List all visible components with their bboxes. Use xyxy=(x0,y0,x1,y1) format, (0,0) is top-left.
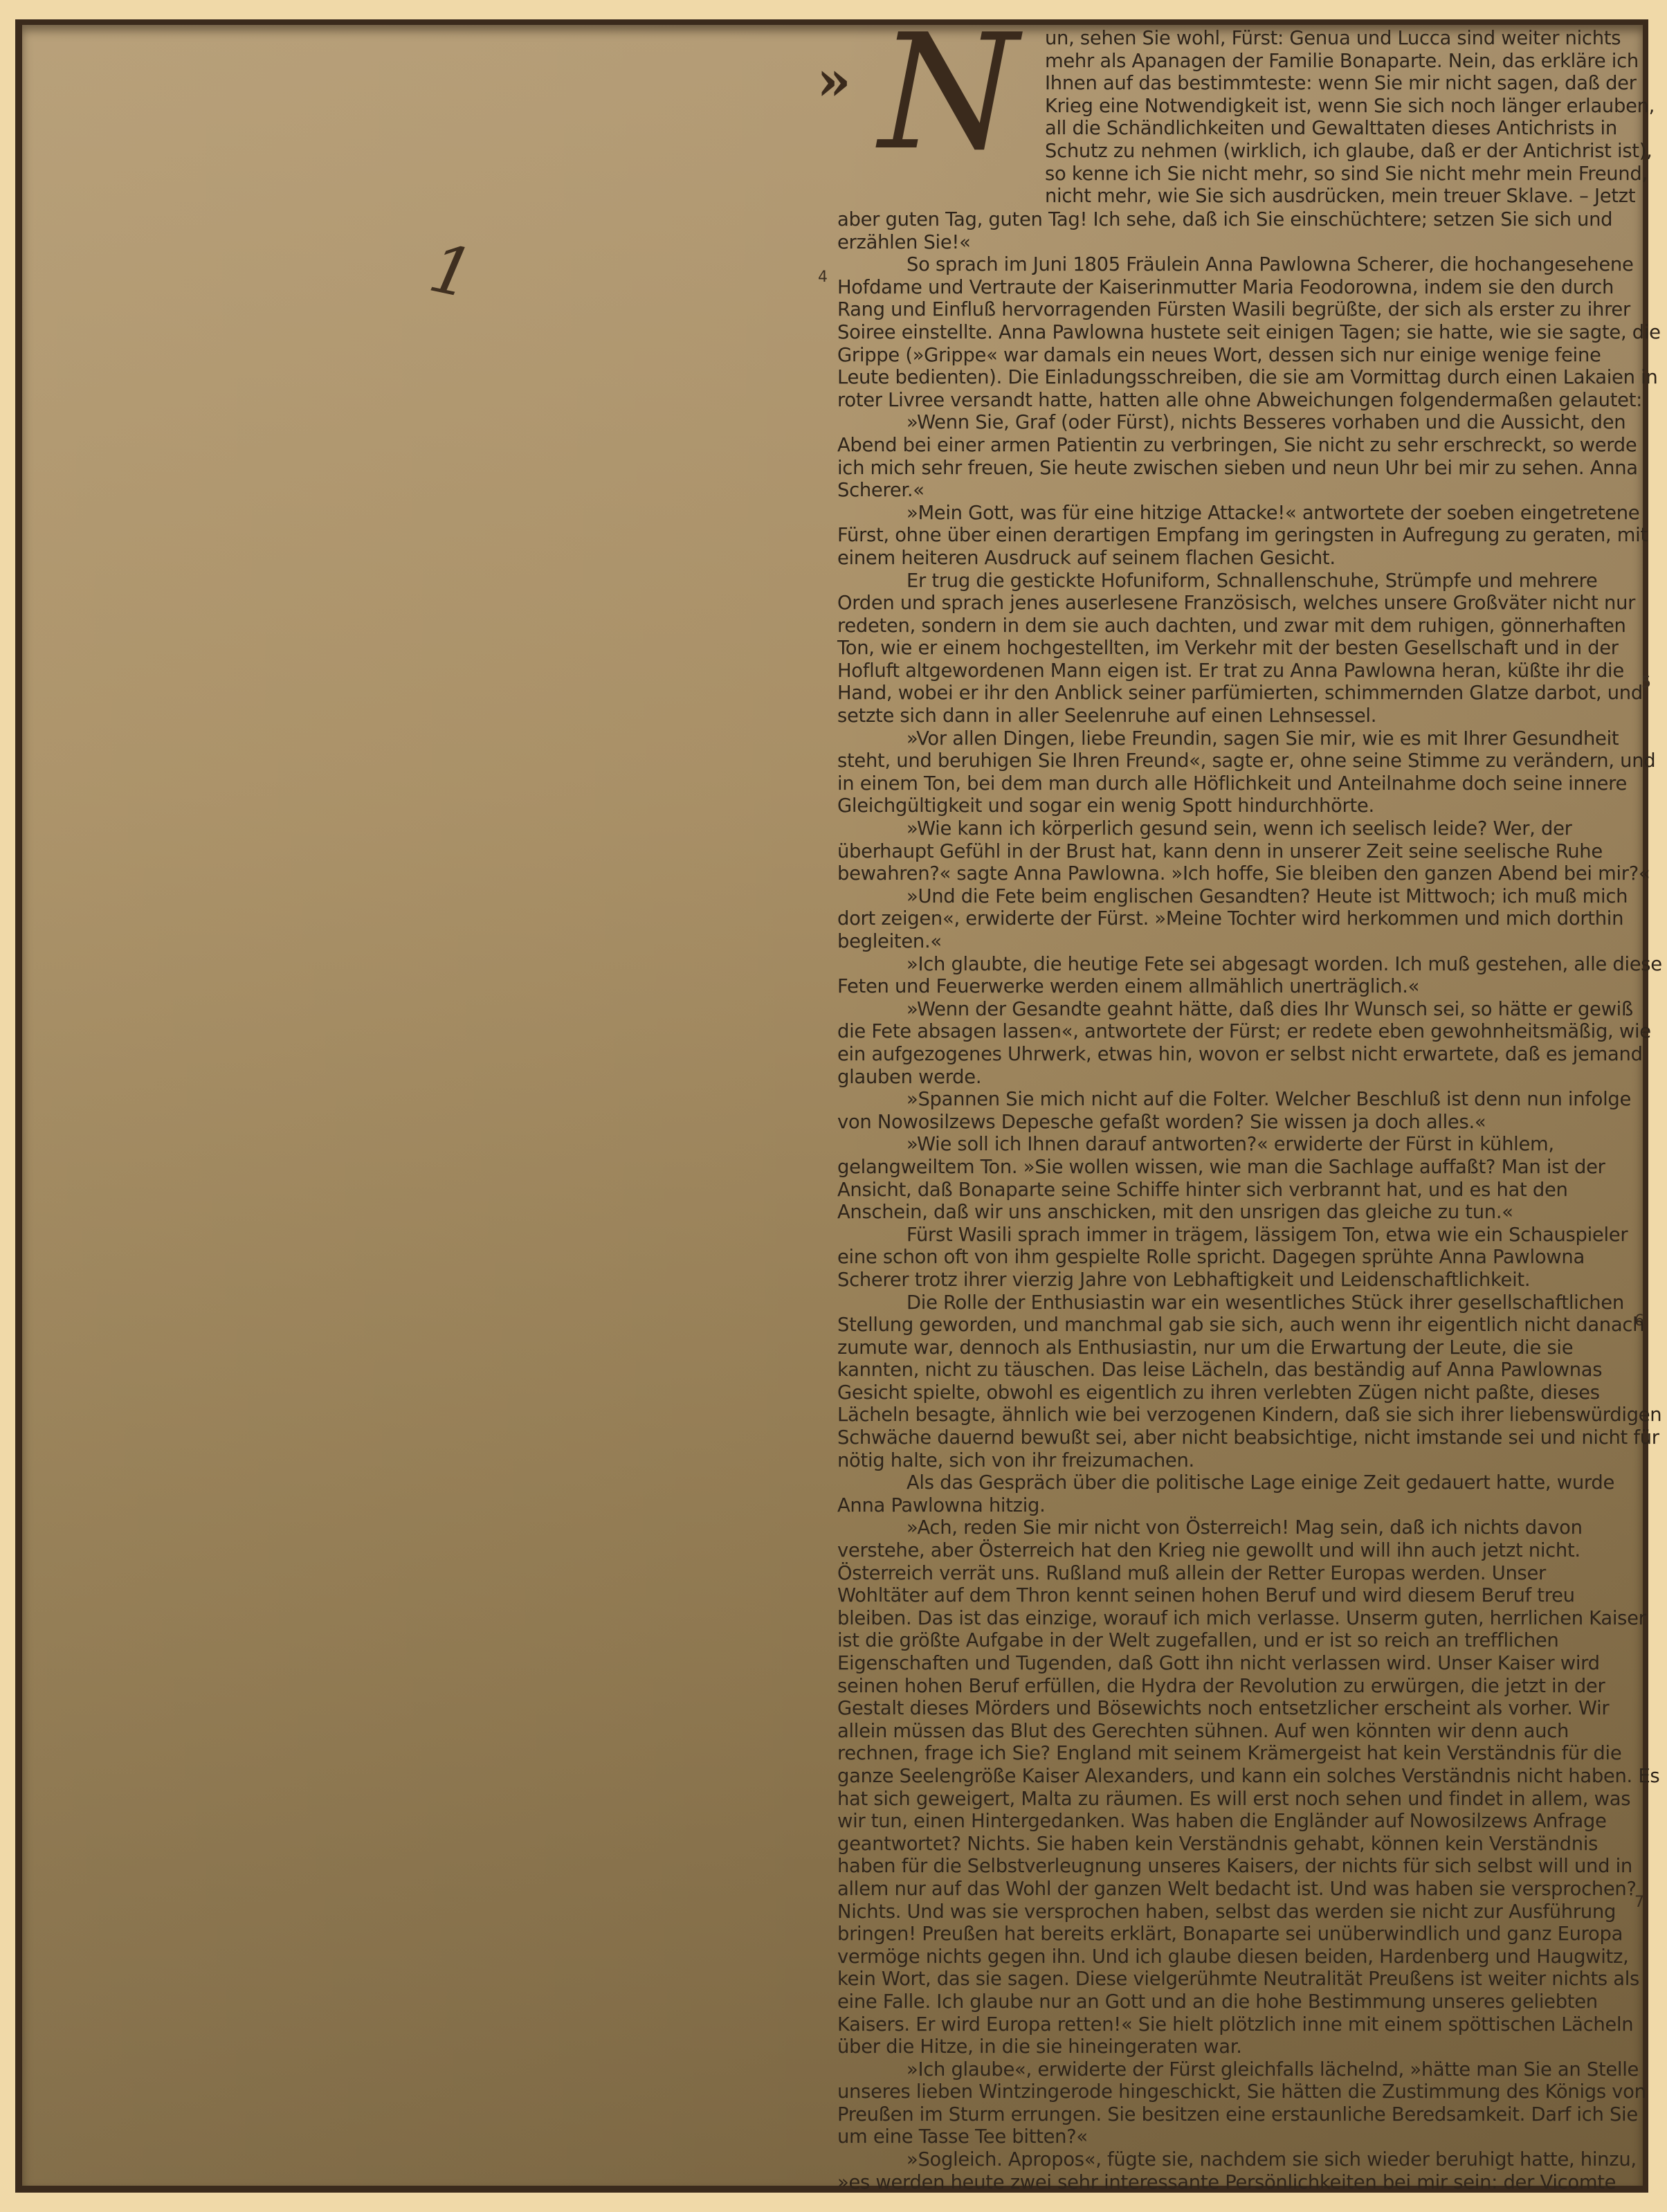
text-line: Preußen im Sturm errungen. Sie besitzen … xyxy=(837,2104,1639,2127)
text-line: ist die größte Aufgabe in der Welt zugef… xyxy=(837,1630,1639,1653)
book-text: » N un, sehen Sie wohl, Fürst: Genua und… xyxy=(837,28,1639,2194)
paragraph-first-line: »Sogleich. Apropos«, fügte sie, nachdem … xyxy=(837,2149,1639,2172)
text-line: redeten, sondern in dem sie auch dachten… xyxy=(837,615,1639,638)
paragraph-first-line: »Wie soll ich Ihnen darauf antworten?« e… xyxy=(837,1134,1639,1157)
text-line: allein müssen das Blut des Gerechten süh… xyxy=(837,1721,1639,1743)
paragraph-first-line: »Wenn der Gesandte geahnt hätte, daß die… xyxy=(837,999,1639,1022)
text-line: Lächeln besagte, ähnlich wie bei verzoge… xyxy=(837,1404,1639,1427)
text-line: Grippe (»Grippe« war damals ein neues Wo… xyxy=(837,345,1639,368)
text-line: rechnen, frage ich Sie? England mit sein… xyxy=(837,1743,1639,1766)
text-line: bewahren?« sagte Anna Pawlowna. »Ich hof… xyxy=(837,863,1639,886)
text-line: verstehe, aber Österreich hat den Krieg … xyxy=(837,1540,1639,1563)
margin-page-number: 4 xyxy=(818,269,828,286)
text-line: seinen hohen Beruf erfüllen, die Hydra d… xyxy=(837,1676,1639,1698)
text-line: in einem Ton, bei dem man durch alle Höf… xyxy=(837,773,1639,796)
text-line: Feten und Feuerwerke werden einem allmäh… xyxy=(837,976,1639,999)
text-line: wir tun, einen Hintergedanken. Was haben… xyxy=(837,1811,1639,1833)
text-line: vermöge nichts gegen ihn. Und ich glaube… xyxy=(837,1946,1639,1969)
opening-lines: un, sehen Sie wohl, Fürst: Genua und Luc… xyxy=(1045,28,1639,208)
text-line: Hofdame und Vertraute der Kaiserinmutter… xyxy=(837,277,1639,300)
paragraph-first-line: »Und die Fete beim englischen Gesandten?… xyxy=(837,886,1639,909)
text-line: Gestalt dieses Mörders und Bösewichts no… xyxy=(837,1698,1639,1721)
text-line: hat sich geweigert, Malta zu räumen. Es … xyxy=(837,1788,1639,1811)
chapter-number: 1 xyxy=(423,229,480,314)
text-line: von Nowosilzews Depesche gefaßt worden? … xyxy=(837,1112,1639,1134)
margin-page-number: 5 xyxy=(1641,674,1651,691)
text-line: die Fete absagen lassen«, antwortete der… xyxy=(837,1021,1639,1044)
text-line: Österreich verrät uns. Rußland muß allei… xyxy=(837,1563,1639,1586)
text-line: eine Falle. Ich glaube nur an Gott und a… xyxy=(837,1991,1639,2014)
text-line: unseres lieben Wintzingerode hingeschick… xyxy=(837,2081,1639,2104)
text-line: um eine Tasse Tee bitten?« xyxy=(837,2126,1639,2149)
paragraph-first-line: »Ich glaube«, erwiderte der Fürst gleich… xyxy=(837,2059,1639,2082)
text-line: überhaupt Gefühl in der Brust hat, kann … xyxy=(837,841,1639,864)
text-line: kannten, nicht zu täuschen. Das leise Lä… xyxy=(837,1359,1639,1382)
text-line: geantwortet? Nichts. Sie haben kein Vers… xyxy=(837,1833,1639,1856)
text-line: Gesicht spielte, obwohl es eigentlich zu… xyxy=(837,1382,1639,1405)
paragraph-first-line: So sprach im Juni 1805 Fräulein Anna Paw… xyxy=(837,254,1639,277)
text-line: setzte sich dann in aller Seelenruhe auf… xyxy=(837,705,1639,728)
text-line: bleiben. Das ist das einzige, worauf ich… xyxy=(837,1608,1639,1631)
text-line: Ihnen auf das bestimmteste: wenn Sie mir… xyxy=(1045,73,1639,96)
text-line: ein aufgezogenes Uhrwerk, etwas hin, wov… xyxy=(837,1044,1639,1067)
text-line: haben für die Selbstverleugnung unseres … xyxy=(837,1856,1639,1878)
paragraph-first-line: Als das Gespräch über die politische Lag… xyxy=(837,1472,1639,1495)
text-line: un, sehen Sie wohl, Fürst: Genua und Luc… xyxy=(1045,28,1639,51)
text-line: Scherer trotz ihrer vierzig Jahre von Le… xyxy=(837,1269,1639,1292)
text-line: Leute bedienten). Die Einladungsschreibe… xyxy=(837,367,1639,390)
text-line: eine schon oft von ihm gespielte Rolle s… xyxy=(837,1246,1639,1269)
text-line: Krieg eine Notwendigkeit ist, wenn Sie s… xyxy=(1045,96,1639,118)
text-line: allem nur auf das Wohl der ganzen Welt b… xyxy=(837,1878,1639,1901)
text-line: Rang und Einfluß hervorragenden Fürsten … xyxy=(837,299,1639,322)
text-line: Wohltäter auf dem Thron kennt seinen hoh… xyxy=(837,1585,1639,1608)
paragraph-first-line: »Wie kann ich körperlich gesund sein, we… xyxy=(837,818,1639,841)
text-line: Abend bei einer armen Patientin zu verbr… xyxy=(837,435,1639,457)
drop-cap-letter: N xyxy=(879,14,1018,173)
paragraph-first-line: Fürst Wasili sprach immer in trägem, läs… xyxy=(837,1224,1639,1247)
text-line: Eigenschaften und Tugenden, daß Gott ihn… xyxy=(837,1653,1639,1676)
text-line: über die Hitze, in die sie hineingeraten… xyxy=(837,2036,1639,2059)
text-line: Anschein, daß wir uns anschicken, mit de… xyxy=(837,1202,1639,1224)
opening-paragraph: » N un, sehen Sie wohl, Fürst: Genua und… xyxy=(837,28,1639,209)
body-lines: aber guten Tag, guten Tag! Ich sehe, daß… xyxy=(837,209,1639,2194)
text-line: Kaisers. Er wird Europa retten!« Sie hie… xyxy=(837,2014,1639,2037)
text-line: kein Wort, das sie sagen. Diese vielgerü… xyxy=(837,1968,1639,1991)
text-line: ganze Seelengröße Kaiser Alexanders, und… xyxy=(837,1766,1639,1788)
text-line: roter Livree versandt hatte, hatten alle… xyxy=(837,390,1639,413)
text-line: Anna Pawlowna hitzig. xyxy=(837,1495,1639,1518)
text-line: nötig halte, sich von ihr freizumachen. xyxy=(837,1450,1639,1473)
text-line: erzählen Sie!« xyxy=(837,232,1639,255)
text-line: so kenne ich Sie nicht mehr, so sind Sie… xyxy=(1045,163,1639,186)
text-line: Hand, wobei er ihr den Anblick seiner pa… xyxy=(837,682,1639,705)
text-line: Orden und sprach jenes auserlesene Franz… xyxy=(837,592,1639,615)
text-line: aber guten Tag, guten Tag! Ich sehe, daß… xyxy=(837,209,1639,232)
text-line: Scherer.« xyxy=(837,480,1639,502)
text-line: zumute war, dennoch als Enthusiastin, nu… xyxy=(837,1337,1639,1360)
text-line: einem heiteren Ausdruck auf seinem flach… xyxy=(837,547,1639,570)
text-line: glauben werde. xyxy=(837,1067,1639,1089)
paragraph-first-line: »Ach, reden Sie mir nicht von Österreich… xyxy=(837,1517,1639,1540)
text-line: »es werden heute zwei sehr interessante … xyxy=(837,2172,1639,2195)
text-line: steht, und beruhigen Sie Ihren Freund«, … xyxy=(837,750,1639,773)
text-line: Schwäche dauernd bewußt sei, aber nicht … xyxy=(837,1427,1639,1450)
text-line: ich mich sehr freuen, Sie heute zwischen… xyxy=(837,457,1639,480)
text-line: Ansicht, daß Bonaparte seine Schiffe hin… xyxy=(837,1179,1639,1202)
text-line: Fürst, ohne über einen derartigen Empfan… xyxy=(837,525,1639,547)
text-line: Gleichgültigkeit und sogar ein wenig Spo… xyxy=(837,795,1639,818)
text-line: Nichts. Und was sie versprochen haben, s… xyxy=(837,1901,1639,1924)
paragraph-first-line: »Vor allen Dingen, liebe Freundin, sagen… xyxy=(837,728,1639,751)
text-line: Schutz zu nehmen (wirklich, ich glaube, … xyxy=(1045,140,1639,163)
text-line: dort zeigen«, erwiderte der Fürst. »Mein… xyxy=(837,908,1639,931)
text-line: Soiree einstellte. Anna Pawlowna hustete… xyxy=(837,322,1639,345)
paragraph-first-line: »Spannen Sie mich nicht auf die Folter. … xyxy=(837,1089,1639,1112)
text-line: mehr als Apanagen der Familie Bonaparte.… xyxy=(1045,51,1639,73)
opening-quote-mark: » xyxy=(817,69,851,92)
text-line: gelangweiltem Ton. »Sie wollen wissen, w… xyxy=(837,1157,1639,1179)
paragraph-first-line: »Ich glaubte, die heutige Fete sei abges… xyxy=(837,954,1639,977)
text-line: nicht mehr, wie Sie sich ausdrücken, mei… xyxy=(1045,185,1639,208)
text-line: Stellung geworden, und manchmal gab sie … xyxy=(837,1314,1639,1337)
text-line: begleiten.« xyxy=(837,931,1639,954)
text-line: bringen! Preußen hat bereits erklärt, Bo… xyxy=(837,1923,1639,1946)
text-line: Ton, wie er einem hochgestellten, im Ver… xyxy=(837,637,1639,660)
paragraph-first-line: »Mein Gott, was für eine hitzige Attacke… xyxy=(837,502,1639,525)
paragraph-first-line: Die Rolle der Enthusiastin war ein wesen… xyxy=(837,1292,1639,1315)
text-line: Hofluft altgewordenen Mann eigen ist. Er… xyxy=(837,660,1639,683)
text-line: all die Schändlichkeiten und Gewalttaten… xyxy=(1045,118,1639,140)
paragraph-first-line: »Wenn Sie, Graf (oder Fürst), nichts Bes… xyxy=(837,412,1639,435)
paragraph-first-line: Er trug die gestickte Hofuniform, Schnal… xyxy=(837,570,1639,593)
